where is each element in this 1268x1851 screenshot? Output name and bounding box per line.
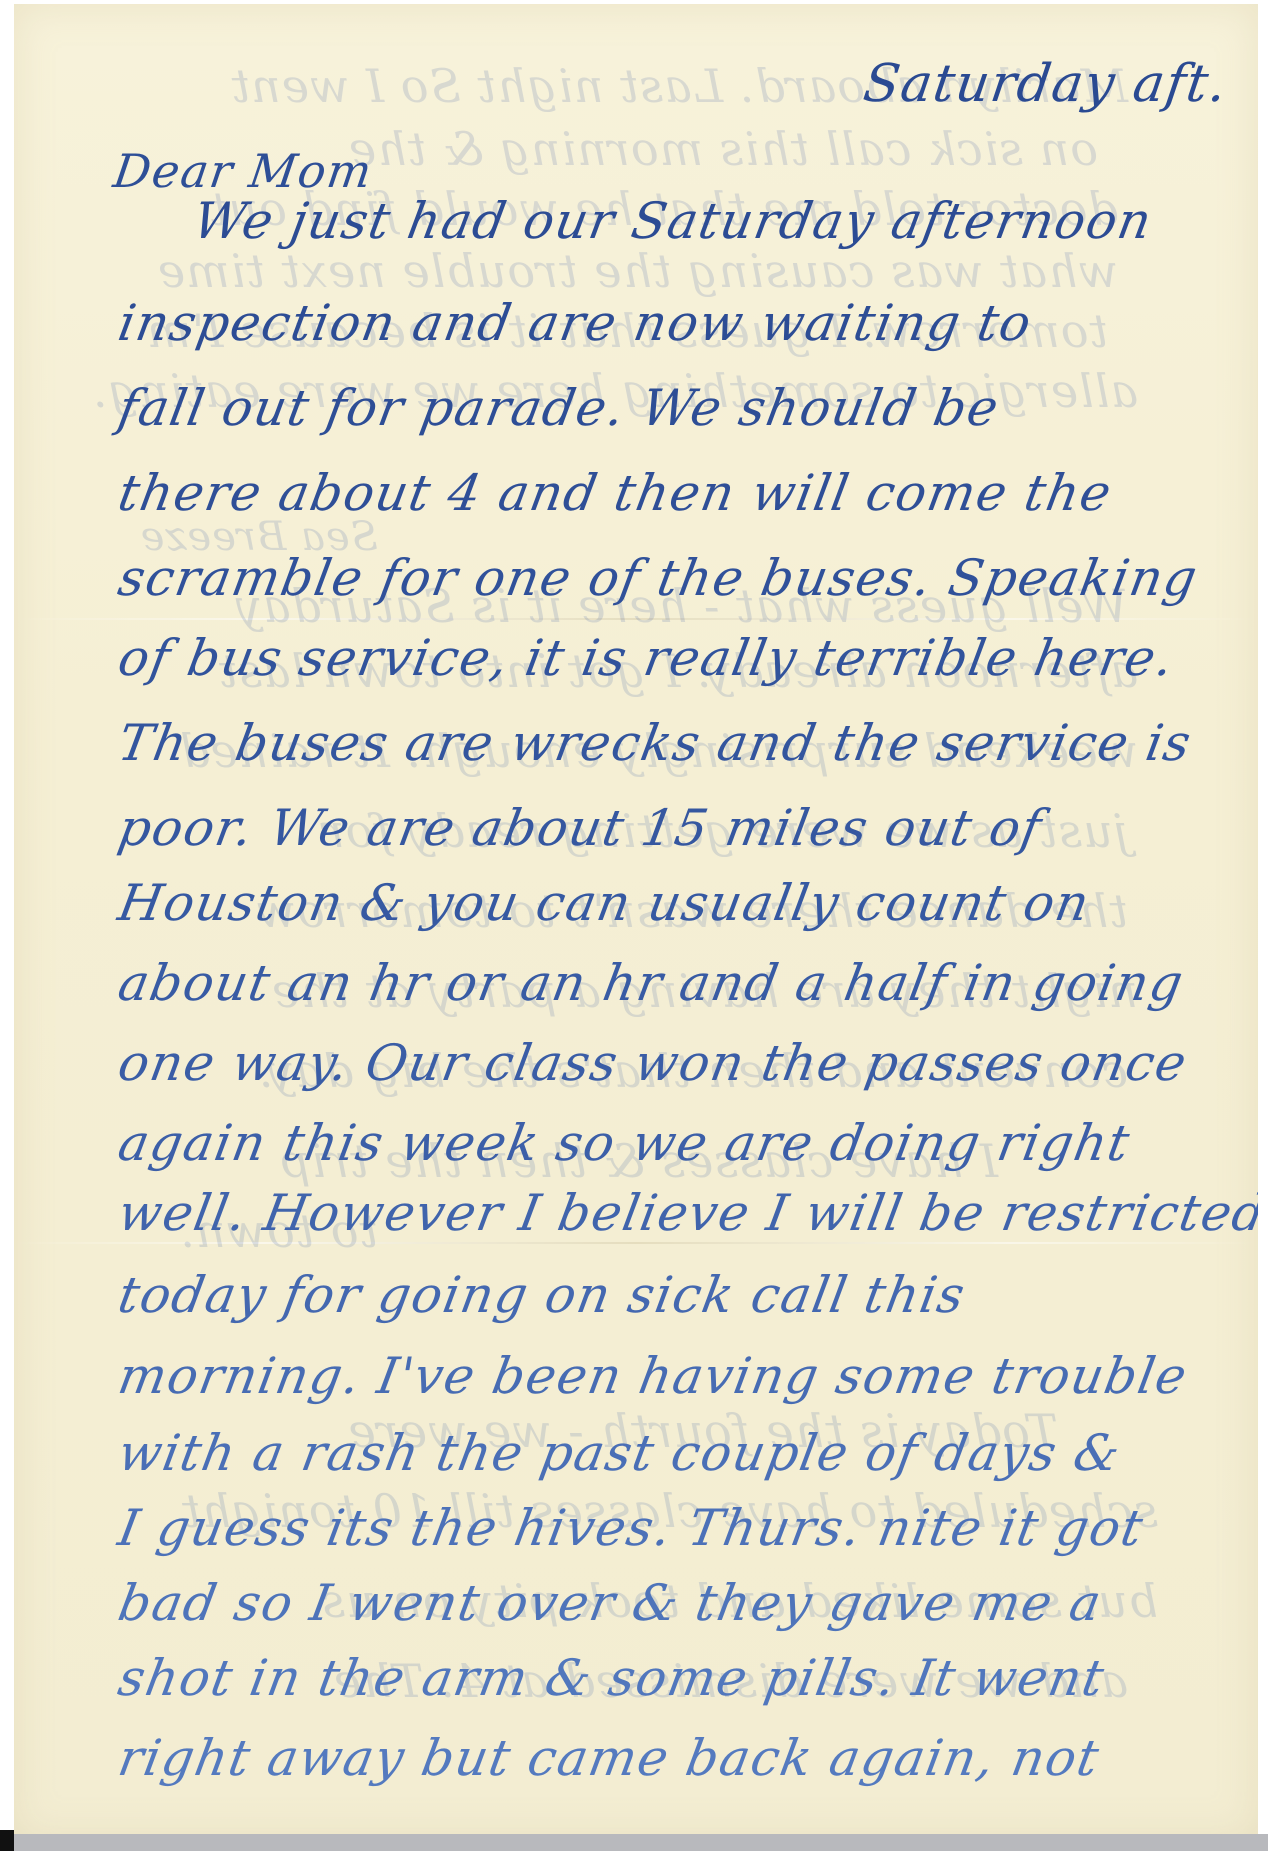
letter-line: Houston & you can usually count on [114, 874, 1095, 932]
letter-line: poor. We are about 15 miles out of [114, 799, 1047, 857]
letter-line: right away but came back again, not [114, 1729, 1104, 1787]
letter-line: morning. I've been having some trouble [114, 1347, 1192, 1405]
letter-line: The buses are wrecks and the service is [114, 714, 1196, 772]
letter-dateline: Saturday aft. [860, 54, 1232, 114]
fold-crease-upper [14, 618, 1258, 620]
letter-line: shot in the arm & some pills. It went [114, 1649, 1109, 1707]
fold-crease-lower [14, 1242, 1258, 1244]
letter-line: today for going on sick call this [114, 1266, 970, 1324]
letter-line: bad so I went over & they gave me a [114, 1574, 1107, 1632]
letter-salutation: Dear Mom [110, 144, 376, 198]
letter-line: inspection and are now waiting to [114, 294, 1037, 352]
letter-line: We just had our Saturday afternoon [189, 192, 1157, 250]
letter-line: well. However I believe I will be restri… [114, 1184, 1258, 1242]
letter-line: with a rash the past couple of days & [114, 1424, 1126, 1482]
scan-left-margin [0, 0, 12, 1851]
letter-line: about an hr or an hr and a half in going [114, 954, 1188, 1012]
letter-line: there about 4 and then will come the [114, 464, 1117, 522]
scanned-letter-page: Marilyn aboard. Last night So I went on … [0, 0, 1268, 1851]
letter-line: again this week so we are doing right [114, 1114, 1135, 1172]
bleed-line: what was causing the trouble next time [157, 244, 1118, 298]
scanner-bed-edge [14, 1834, 1268, 1851]
letter-paper: Marilyn aboard. Last night So I went on … [14, 4, 1258, 1839]
letter-line: fall out for parade. We should be [114, 379, 1004, 437]
letter-line: I guess its the hives. Thurs. nite it go… [114, 1499, 1148, 1557]
bleed-line: on sick call this morning & the [348, 122, 1098, 176]
letter-line: one way. Our class won the passes once [114, 1034, 1192, 1092]
letter-line: scramble for one of the buses. Speaking [114, 549, 1203, 607]
letter-line: of bus service, it is really terrible he… [114, 629, 1179, 687]
